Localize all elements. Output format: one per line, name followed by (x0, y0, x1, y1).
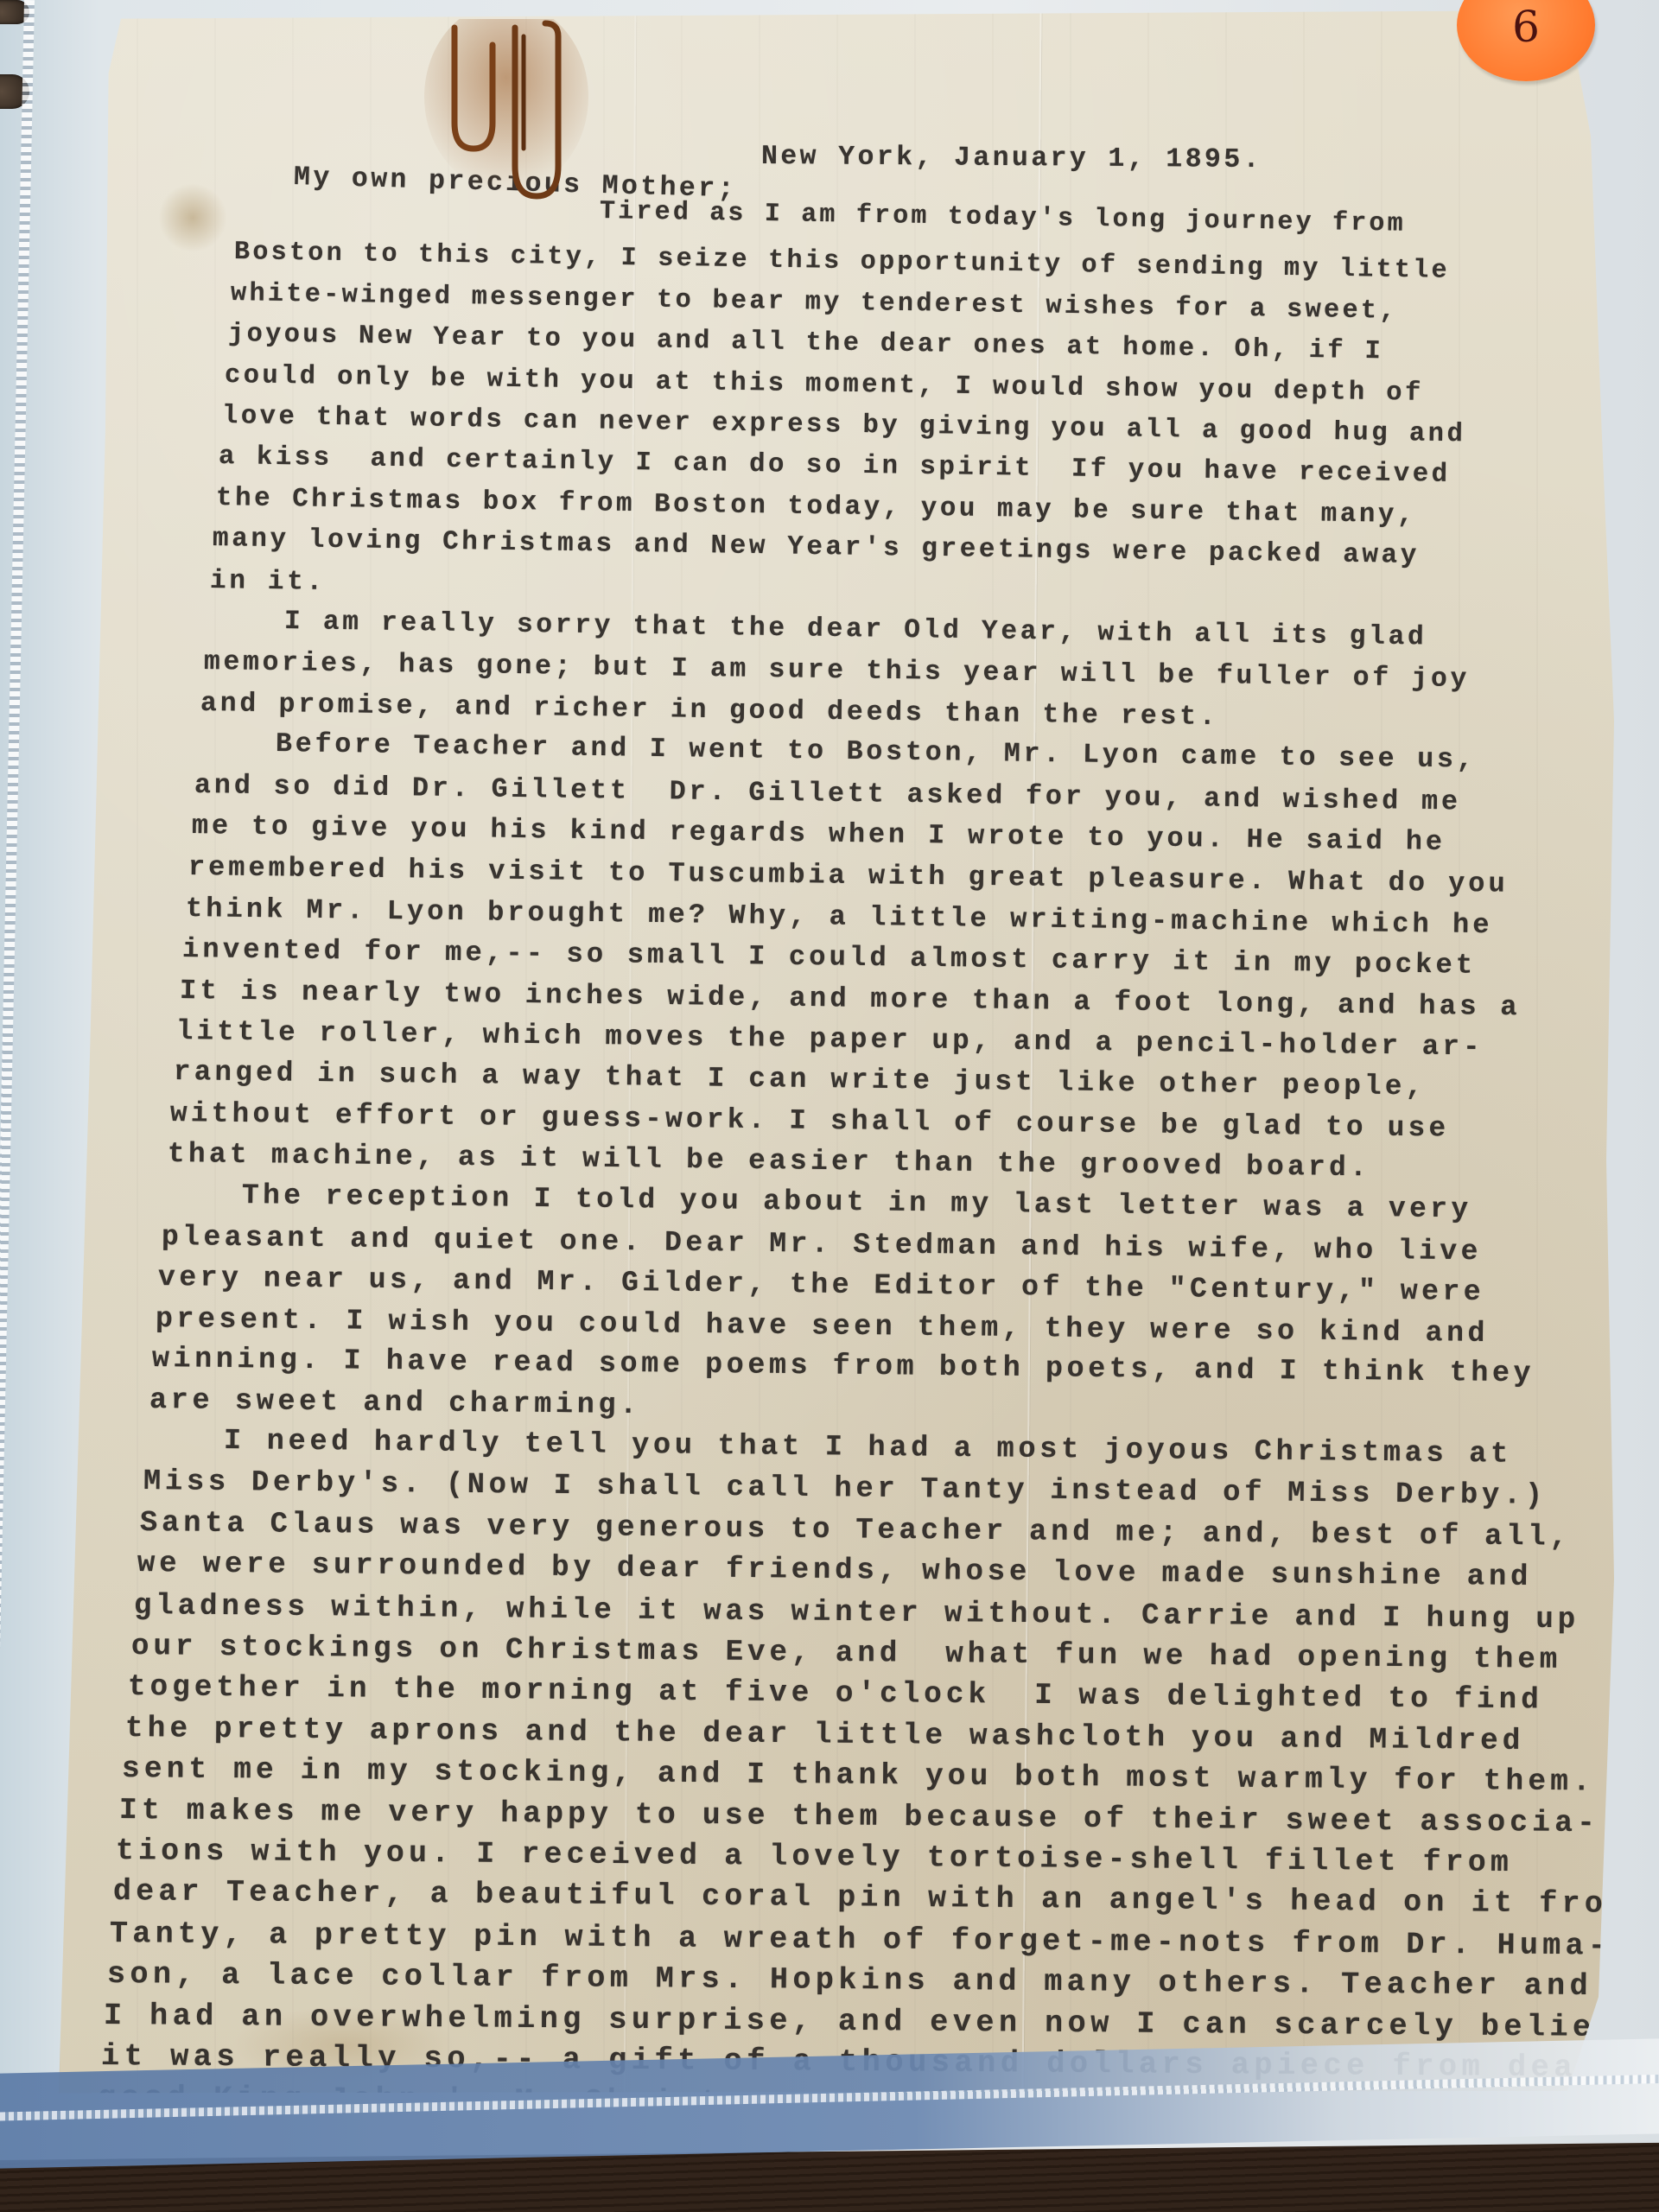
letter-line: and so did Dr. Gillett Dr. Gillett asked… (194, 772, 1461, 817)
letter-line: pleasant and quiet one. Dear Mr. Stedman… (161, 1223, 1481, 1266)
letter-line: ranged in such a way that I can write ju… (173, 1058, 1426, 1102)
letter-line: present. I wish you could have seen them… (155, 1305, 1488, 1348)
letter-line: winning. I have read some poems from bot… (152, 1345, 1535, 1389)
letter-date: New York, January 1, 1895. (761, 143, 1262, 175)
letter-line: Boston to this city, I seize this opport… (233, 239, 1449, 284)
letter-line: and promise, and richer in good deeds th… (200, 690, 1219, 731)
letter-line: I need hardly tell you that I had a most… (224, 1427, 1512, 1470)
letter-line: me to give you his kind regards when I w… (191, 813, 1445, 857)
letter-line: Tanty, a pretty pin with a wreath of for… (110, 1919, 1611, 1962)
letter-line: that machine, as it will be easier than … (167, 1141, 1370, 1183)
letter-line: we were surrounded by dear friends, whos… (137, 1550, 1532, 1593)
letter-line: tions with you. I received a lovely tort… (116, 1837, 1513, 1879)
letter-line: sent me in my stocking, and I thank you … (122, 1755, 1595, 1798)
letter-line: Santa Claus was very generous to Teacher… (140, 1510, 1572, 1554)
letter-line: in it. (209, 568, 325, 596)
letter-line: the pretty aprons and the dear little wa… (124, 1714, 1524, 1757)
letter-line: the Christmas box from Boston today, you… (215, 486, 1415, 530)
letter-line: The reception I told you about in my las… (242, 1182, 1472, 1224)
letter-line: very near us, and Mr. Gilder, the Editor… (158, 1263, 1485, 1306)
letter-line: a kiss and certainly I can do so in spir… (219, 444, 1451, 489)
letter-line: are sweet and charming. (149, 1387, 640, 1421)
letter-line: memories, has gone; but I am sure this y… (203, 649, 1469, 694)
letter-line: remembered his visit to Tuscumbia with g… (188, 854, 1509, 899)
letter-line: I am really sorry that the dear Old Year… (284, 608, 1427, 652)
letter-line: invented for me,-- so small I could almo… (182, 936, 1477, 980)
letter-line: together in the morning at five o'clock … (128, 1673, 1543, 1716)
letter-line: could only be with you at this moment, I… (225, 363, 1424, 407)
letter-line: without effort or guess-work. I shall of… (170, 1100, 1450, 1143)
letter-line: It makes me very happy to use them becau… (118, 1796, 1599, 1840)
letter-line: love that words can never express by giv… (221, 404, 1465, 448)
letter-line: gladness within, while it was winter wit… (134, 1592, 1580, 1635)
page-number: 6 (1512, 5, 1540, 48)
letter-page: New York, January 1, 1895. My own precio… (59, 10, 1614, 2101)
letter-line: white-winged messenger to bear my tender… (231, 281, 1398, 325)
letter-line: Miss Derby's. (Now I shall call her Tant… (143, 1468, 1546, 1511)
letter-line: think Mr. Lyon brought me? Why, a little… (185, 895, 1492, 939)
letter-line: little roller, which moves the paper up,… (176, 1018, 1484, 1062)
letter-line: dear Teacher, a beautiful coral pin with… (112, 1878, 1629, 1921)
rusty-paper-clip-icon (420, 19, 593, 218)
water-stain (158, 183, 227, 252)
letter-line: It is nearly two inches wide, and more t… (179, 977, 1520, 1022)
letter-line: Before Teacher and I went to Boston, Mr.… (275, 731, 1476, 774)
letter-line: joyous New Year to you and all the dear … (227, 321, 1383, 365)
letter-line: son, a lace collar from Mrs. Hopkins and… (106, 1960, 1592, 2002)
letter-line: many loving Christmas and New Year's gre… (213, 526, 1420, 570)
letter-line: Tired as I am from today's long journey … (600, 199, 1406, 238)
letter-line: our stockings on Christmas Eve, and what… (130, 1632, 1561, 1675)
